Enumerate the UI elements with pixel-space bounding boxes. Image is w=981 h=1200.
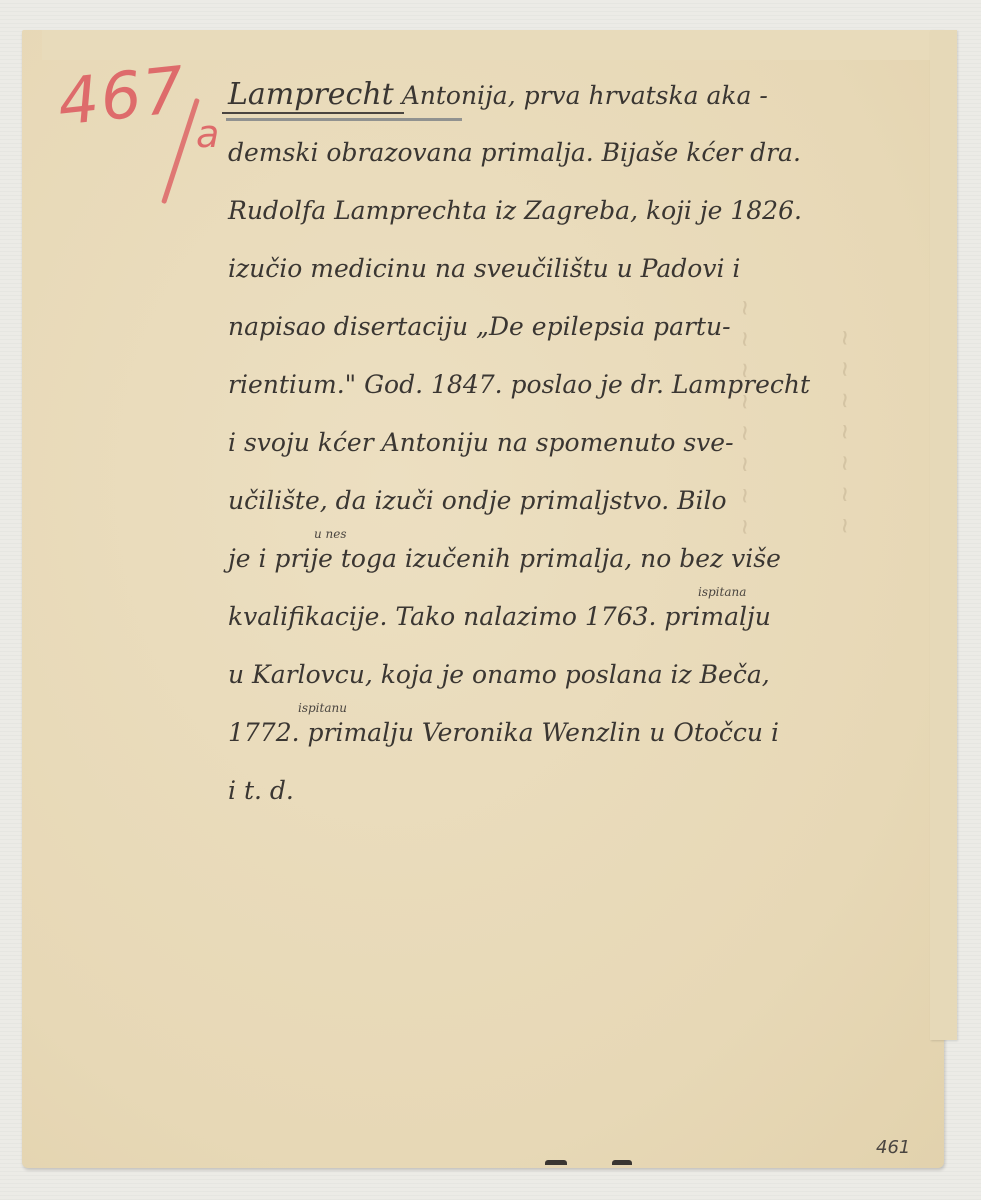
interlinear-note: ispitanu xyxy=(298,702,347,714)
entry-line: u Karlovcu, koja je onamo poslana iz Beč… xyxy=(228,646,948,704)
entry-surname: Lamprecht xyxy=(228,66,394,124)
entry-line: u nes je i prije toga izučenih primalja,… xyxy=(228,530,948,588)
paper-tear-mark xyxy=(545,1160,567,1165)
entry-line-text: je i prije toga izučenih primalja, no be… xyxy=(228,544,781,573)
surname-underline-pencil xyxy=(226,118,462,121)
entry-line-text: 1772. primalju Veronika Wenzlin u Otočcu… xyxy=(228,718,779,747)
paper-tear-mark xyxy=(612,1160,632,1165)
entry-line: učilište, da izuči ondje primaljstvo. Bi… xyxy=(228,472,948,530)
entry-line-text: kvalifikacije. Tako nalazimo 1763. prima… xyxy=(228,602,771,631)
reference-suffix: a xyxy=(196,112,219,156)
surname-underline-ink xyxy=(222,112,404,114)
entry-line: izučio medicinu na sveučilištu u Padovi … xyxy=(228,240,948,298)
entry-line: ispitana kvalifikacije. Tako nalazimo 17… xyxy=(228,588,948,646)
interlinear-note: u nes xyxy=(314,528,347,540)
entry-line: i t. d. xyxy=(228,762,948,820)
handwritten-entry: Lamprecht Antonija, prva hrvatska aka - … xyxy=(228,66,948,820)
entry-line: rientium." God. 1847. poslao je dr. Lamp… xyxy=(228,356,948,414)
entry-line: ispitanu 1772. primalju Veronika Wenzlin… xyxy=(228,704,948,762)
surname-text: Lamprecht xyxy=(228,77,394,112)
entry-line: Lamprecht Antonija, prva hrvatska aka - xyxy=(228,66,948,124)
entry-line: demski obrazovana primalja. Bijaše kćer … xyxy=(228,124,948,182)
page-number: 461 xyxy=(876,1137,910,1158)
entry-line-text: Antonija, prva hrvatska aka - xyxy=(402,81,768,110)
reference-number: 467 xyxy=(54,54,189,141)
entry-line: Rudolfa Lamprechta iz Zagreba, koji je 1… xyxy=(228,182,948,240)
interlinear-note: ispitana xyxy=(698,586,746,598)
entry-line: napisao disertaciju „De epilepsia partu- xyxy=(228,298,948,356)
entry-line: i svoju kćer Antoniju na spomenuto sve- xyxy=(228,414,948,472)
